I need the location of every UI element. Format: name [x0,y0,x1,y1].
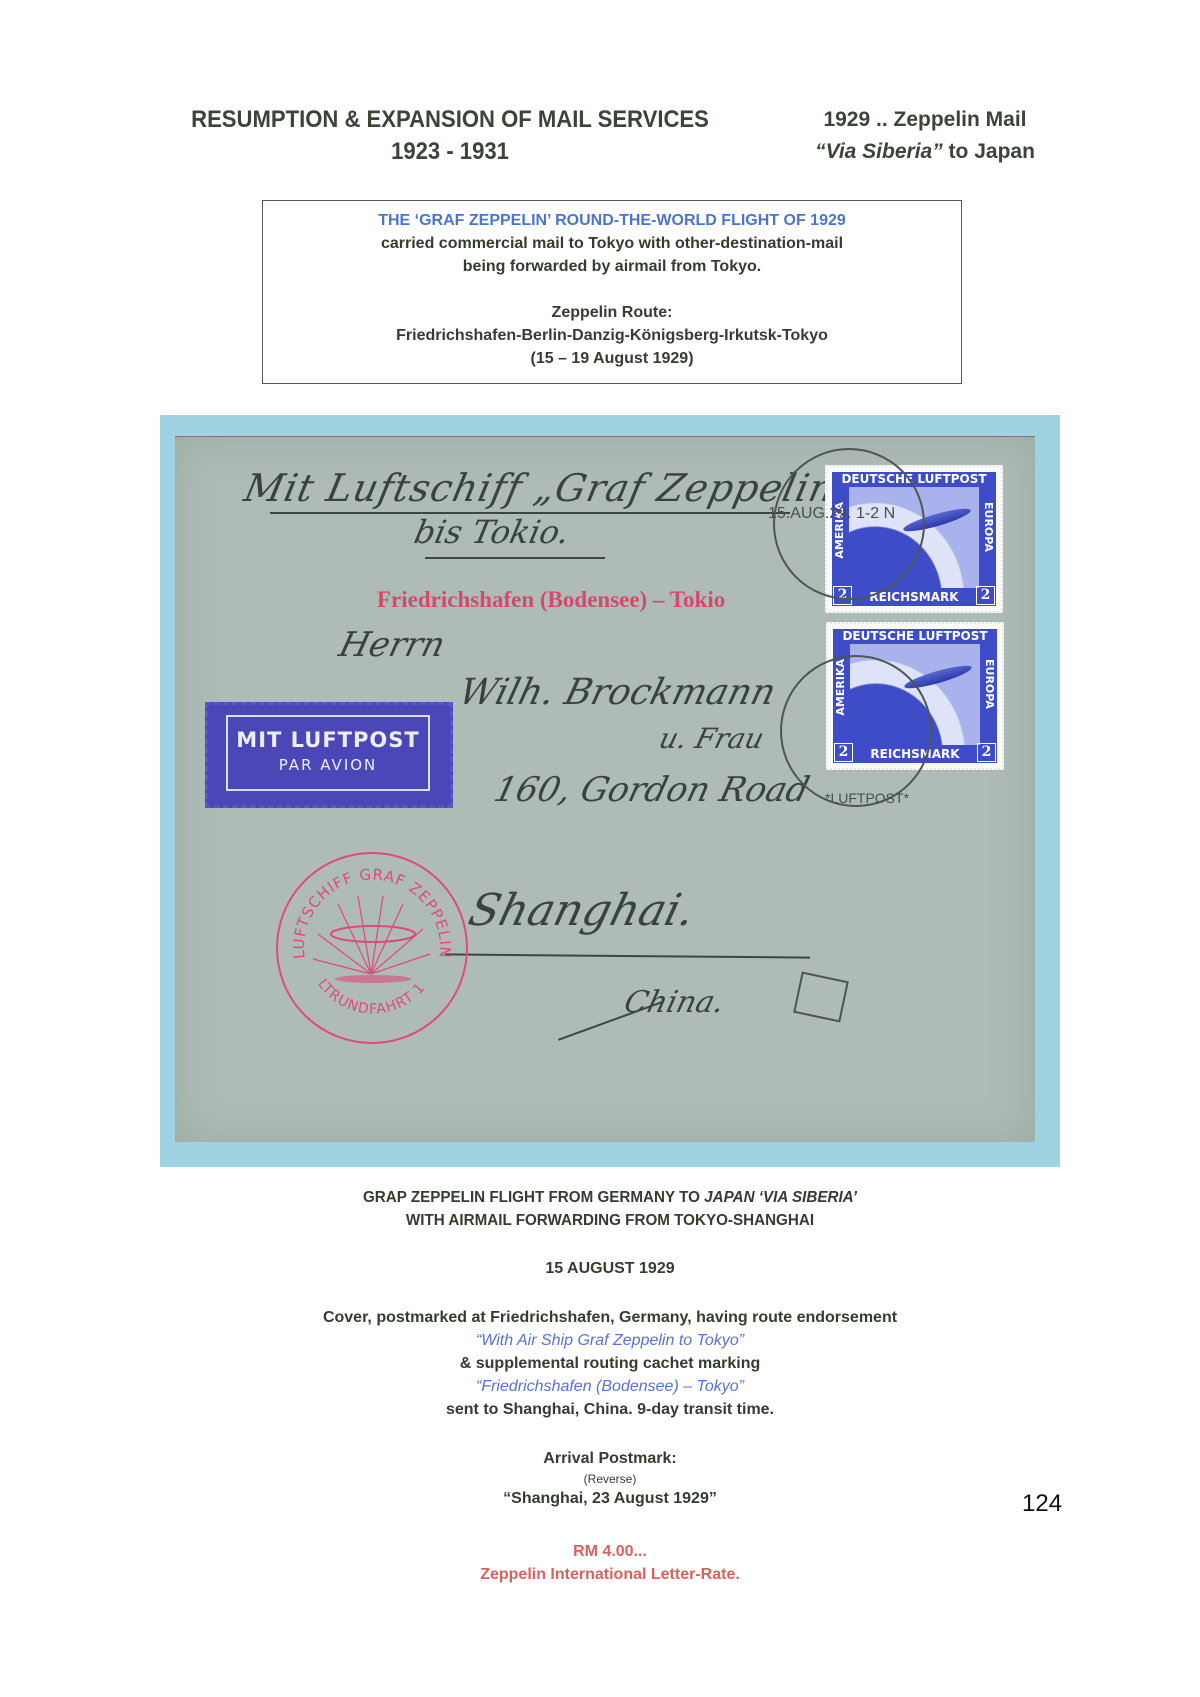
weltrundfahrt-cachet: LUFTSCHIFF GRAF ZEPPELIN WELTRUNDFAHRT 1… [276,852,468,1044]
address-street: 160, Gordon Road [490,770,813,810]
route-label: Zeppelin Route: [263,301,961,324]
arrival-label: Arrival Postmark: [160,1448,1060,1470]
info-heading: THE ‘GRAF ZEPPELIN’ ROUND-THE-WORLD FLIG… [263,209,961,232]
stamp-right-text: EUROPA [981,659,996,709]
address-name: Wilh. Brockmann [455,672,780,713]
stamp-value: 2 [977,743,996,762]
zeppelin-icon [331,926,415,942]
page-number: 124 [1022,1490,1062,1518]
address-country: China. [621,985,728,1020]
airmail-label-line1: MIT LUFTPOST [228,728,428,752]
postmark-circle [773,448,925,600]
arrival-note: (Reverse) [160,1470,1060,1488]
caption-title-line1: GRAP ZEPPELIN FLIGHT FROM GERMANY TO JAP… [183,1186,1038,1209]
caption-date: 15 AUGUST 1929 [160,1260,1060,1278]
svg-text:LUFTSCHIFF GRAF ZEPPELIN: LUFTSCHIFF GRAF ZEPPELIN [290,865,454,959]
caption-title-b: JAPAN ‘VIA SIBERIA’ [704,1189,857,1206]
postmark-date: 15.AUG.29. 1-2 N [768,505,895,523]
title-line2: 1923 - 1931 [174,136,726,168]
caption-title-line2: WITH AIRMAIL FORWARDING FROM TOKYO-SHANG… [183,1209,1038,1232]
subtitle-rest: to Japan [943,140,1035,163]
rate-line1: RM 4.00... [160,1540,1060,1563]
subtitle-line2: “Via Siberia” to Japan [780,136,1070,168]
desc-line4: “Friedrichshafen (Bodensee) – Tokyo” [160,1375,1060,1398]
stamp-top-text: DEUTSCHE LUFTPOST [833,629,997,644]
stamp-right-text: EUROPA [980,502,995,552]
title-line1: RESUMPTION & EXPANSION OF MAIL SERVICES [174,104,726,136]
info-box: THE ‘GRAF ZEPPELIN’ ROUND-THE-WORLD FLIG… [262,200,962,384]
underline [425,557,605,559]
airmail-label-line2: PAR AVION [228,756,428,774]
postmark-circle [780,655,932,807]
cachet-top-text: LUFTSCHIFF GRAF ZEPPELIN [290,865,454,959]
address-name2: u. Frau [656,722,768,755]
route-endorsement: Mit Luftschiff „Graf Zeppelin“ [240,466,860,510]
desc-line2: “With Air Ship Graf Zeppelin to Tokyo” [160,1329,1060,1352]
postage-rate: RM 4.00... Zeppelin International Letter… [160,1540,1060,1586]
caption-title-a: GRAP ZEPPELIN FLIGHT FROM GERMANY TO [363,1189,704,1206]
caption-title: GRAP ZEPPELIN FLIGHT FROM GERMANY TO JAP… [183,1186,1038,1232]
route: Friedrichshafen-Berlin-Danzig-Königsberg… [263,324,961,347]
postmark-bottom: *LUFTPOST* [825,790,909,806]
page-subtitle: 1929 .. Zeppelin Mail “Via Siberia” to J… [780,104,1070,168]
subtitle-italic: “Via Siberia” [815,140,943,163]
airmail-label: MIT LUFTPOST PAR AVION [205,702,453,808]
desc-line5: sent to Shanghai, China. 9-day transit t… [160,1398,1060,1421]
routing-cachet: Friedrichshafen (Bodensee) – Tokio [377,587,725,613]
route-dates: (15 – 19 August 1929) [263,347,961,370]
info-line1: carried commercial mail to Tokyo with ot… [263,232,961,255]
arrival-postmark: Arrival Postmark: (Reverse) “Shanghai, 2… [160,1448,1060,1510]
address-city: Shanghai. [464,885,701,936]
info-line2: being forwarded by airmail from Tokyo. [263,255,961,278]
rate-line2: Zeppelin International Letter-Rate. [160,1563,1060,1586]
arrival-value: “Shanghai, 23 August 1929” [160,1488,1060,1510]
cover-description: Cover, postmarked at Friedrichshafen, Ge… [160,1306,1060,1421]
subtitle-line1: 1929 .. Zeppelin Mail [780,104,1070,136]
desc-line3: & supplemental routing cachet marking [160,1352,1060,1375]
page-title: RESUMPTION & EXPANSION OF MAIL SERVICES … [174,104,726,168]
desc-line1: Cover, postmarked at Friedrichshafen, Ge… [160,1306,1060,1329]
stamp-value: 2 [976,586,995,605]
route-endorsement-2: bis Tokio. [411,513,573,551]
address-salutation: Herrn [335,625,449,665]
zeppelin-shadow-icon [335,975,411,983]
